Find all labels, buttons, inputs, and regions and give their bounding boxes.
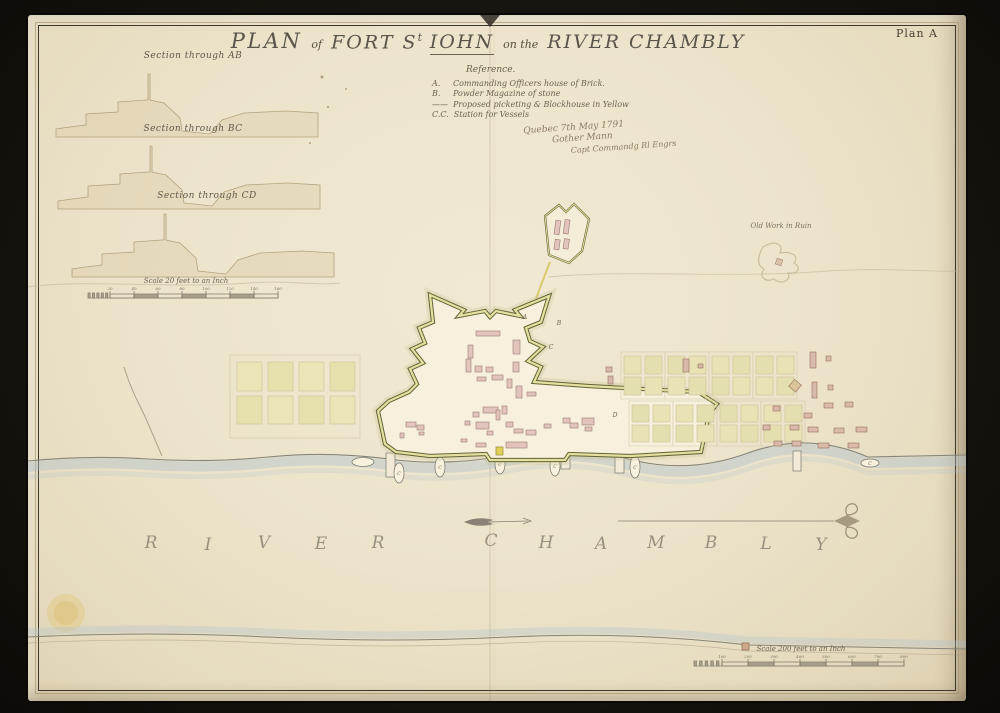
garden-plot xyxy=(676,405,693,422)
river-name-letter: V xyxy=(253,533,275,553)
river-name-letter: A xyxy=(590,534,612,554)
vessel xyxy=(352,458,374,467)
seal-stain xyxy=(47,594,85,632)
garden-grid-right xyxy=(621,352,805,446)
river-name-letter: R xyxy=(140,533,162,553)
vessel-letter: C xyxy=(438,465,442,471)
section-label-cd: Section through CD xyxy=(112,191,302,201)
outwork-redoubt xyxy=(536,204,589,299)
river-name-letter: B xyxy=(700,533,722,553)
reference-key: A. xyxy=(432,79,448,90)
map-title: PLAN of FORT St IOHN on the RIVER CHAMBL… xyxy=(263,29,713,53)
river-name-letter: L xyxy=(755,534,777,554)
river-name-letter: H xyxy=(535,533,557,553)
scale-tick-label: 700 xyxy=(874,654,882,659)
old-work-ruin xyxy=(759,243,799,282)
title-sup-t: t xyxy=(418,31,424,44)
wharf xyxy=(793,451,801,471)
title-fort-s: FORT S xyxy=(331,31,417,53)
garden-plot xyxy=(299,362,324,391)
vessel-letter: C xyxy=(397,471,401,477)
garden-plot xyxy=(741,425,758,442)
garden-plot xyxy=(268,396,293,424)
garden-plot xyxy=(330,396,355,424)
section-label-ab: Section through AB xyxy=(98,51,288,61)
garden-plot xyxy=(330,362,355,391)
old-work-label: Old Work in Ruin xyxy=(716,222,846,230)
title-iohn: IOHN xyxy=(430,31,494,55)
reference-item: A.Commanding Officers house of Brick. xyxy=(432,79,682,90)
marker-b: B xyxy=(556,320,562,327)
river-name-letter: C xyxy=(480,531,502,551)
scale-bar-large: 100 200 300 400 500 600 700 800 xyxy=(694,654,908,666)
map-sheet: 20 40 60 80 100 120 140 160 xyxy=(28,15,966,701)
scale-tick-label: 200 xyxy=(743,654,752,659)
scale-tick-label: 120 xyxy=(226,286,234,291)
garden-plot xyxy=(720,425,737,442)
water-gate xyxy=(496,447,503,455)
scale-bar-small: 20 40 60 80 100 120 140 160 xyxy=(88,286,282,298)
scale-tick-label: 300 xyxy=(770,654,778,659)
garden-plot xyxy=(676,425,693,442)
garden-plot xyxy=(632,425,649,442)
vessel-letter: C xyxy=(868,461,872,467)
garden-plot xyxy=(756,356,773,374)
garden-plot xyxy=(697,405,714,422)
section-label-bc: Section through BC xyxy=(98,124,288,134)
scale-tick-label: 20 xyxy=(106,286,113,291)
title-fort-st-iohn: FORT St IOHN xyxy=(331,31,494,53)
scale-small-tick-labels: 20 40 60 80 100 120 140 160 xyxy=(106,286,282,291)
marker-c: C xyxy=(549,344,554,351)
garden-plot xyxy=(756,377,773,395)
garden-plot xyxy=(733,377,750,395)
garden-plot xyxy=(720,405,737,422)
title-river-chambly: RIVER CHAMBLY xyxy=(547,31,745,53)
title-plan: PLAN xyxy=(231,29,303,53)
vessel-letter: C xyxy=(633,465,637,471)
reference-item: ——Proposed picketing & Blockhouse in Yel… xyxy=(432,100,682,111)
garden-plot xyxy=(785,405,802,422)
water-wash-far xyxy=(28,629,966,644)
garden-plot xyxy=(645,377,662,395)
garden-plot xyxy=(668,356,685,374)
scale-tick-label: 80 xyxy=(179,286,185,291)
title-of: of xyxy=(311,38,322,51)
garden-plot xyxy=(712,377,729,395)
garden-plot xyxy=(697,425,714,442)
section-profile-cd xyxy=(72,214,334,277)
scale-tick-label: 800 xyxy=(900,654,908,659)
reference-heading: Reference. xyxy=(466,65,682,76)
reference-text: Powder Magazine of stone xyxy=(453,89,560,100)
creek-line xyxy=(124,367,162,456)
fleur-de-lis-icon xyxy=(834,504,860,539)
garden-plot xyxy=(645,356,662,374)
garden-plot xyxy=(653,425,670,442)
reference-text: Commanding Officers house of Brick. xyxy=(453,79,605,90)
reference-key: —— xyxy=(432,100,448,111)
garden-plot xyxy=(777,356,794,374)
scale-tick-label: 100 xyxy=(202,286,210,291)
river-name-letter: Y xyxy=(810,535,832,555)
marker-d: D xyxy=(612,412,618,419)
garden-plot xyxy=(624,377,641,395)
garden-plot xyxy=(268,362,293,391)
compass-feather xyxy=(465,519,492,526)
scale-tick-label: 140 xyxy=(250,286,258,291)
section-profiles xyxy=(56,74,334,277)
garden-plot xyxy=(712,356,729,374)
reference-key: B. xyxy=(432,89,448,100)
garden-plot xyxy=(653,405,670,422)
garden-plot xyxy=(689,356,706,374)
scale-large-label: Scale 200 feet to an Inch xyxy=(726,645,876,653)
river-name-letter: M xyxy=(645,533,667,553)
plate-label: Plan A xyxy=(896,27,938,40)
garden-plot xyxy=(741,405,758,422)
reference-key: C.C. xyxy=(432,110,449,121)
garden-plot xyxy=(624,356,641,374)
garden-grid-left xyxy=(230,355,360,438)
reference-text: Station for Vessels xyxy=(454,110,529,121)
scale-tick-label: 500 xyxy=(822,654,830,659)
scale-tick-label: 60 xyxy=(155,286,161,291)
garden-plot xyxy=(632,405,649,422)
river-name-letter: R xyxy=(367,533,389,553)
garden-plot xyxy=(733,356,750,374)
scale-tick-label: 100 xyxy=(718,654,726,659)
garden-plot xyxy=(299,396,324,424)
reference-text: Proposed picketing & Blockhouse in Yello… xyxy=(453,100,629,111)
title-on-the: on the xyxy=(503,38,538,51)
garden-plot xyxy=(668,377,685,395)
garden-plot xyxy=(237,362,262,391)
scale-tick-label: 600 xyxy=(848,654,856,659)
river-name-letter: I xyxy=(197,535,219,555)
river-name-letter: E xyxy=(310,534,332,554)
garden-plot xyxy=(237,396,262,424)
reference-item: B.Powder Magazine of stone xyxy=(432,89,682,100)
scale-tick-label: 400 xyxy=(795,654,804,659)
scale-tick-label: 40 xyxy=(130,286,137,291)
garden-plot xyxy=(689,377,706,395)
marker-a: A xyxy=(522,314,528,321)
reference-block: Reference. A.Commanding Officers house o… xyxy=(432,65,682,121)
scale-tick-label: 160 xyxy=(274,286,282,291)
scale-large-tick-labels: 100 200 300 400 500 600 700 800 xyxy=(718,654,908,659)
scale-small-label: Scale 20 feet to an Inch xyxy=(116,277,256,285)
